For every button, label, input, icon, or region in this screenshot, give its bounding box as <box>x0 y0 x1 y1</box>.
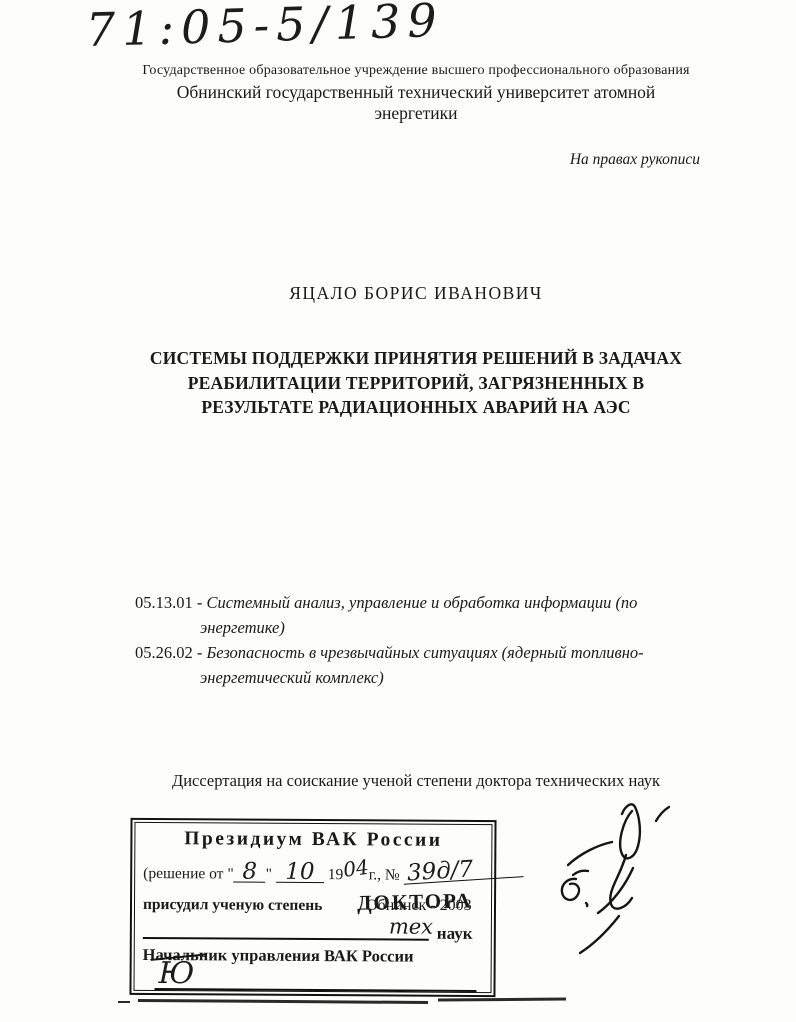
manuscript-rights-note: На правах рукописи <box>570 151 700 169</box>
degree-written: ДОКТОРА <box>357 890 473 912</box>
author-signature-icon <box>540 793 675 963</box>
specialty-separator: - <box>193 643 207 662</box>
institution-block: Государственное образовательное учрежден… <box>44 63 788 124</box>
author-name: ЯЦАЛО БОРИС ИВАНОВИЧ <box>44 283 788 304</box>
decision-quote: " <box>266 866 272 883</box>
scan-artifact-line <box>138 999 428 1004</box>
stamp-signature-row: Ю <box>142 965 482 997</box>
title-line-2: РЕАБИЛИТАЦИИ ТЕРРИТОРИЙ, ЗАГРЯЗНЕННЫХ В <box>44 371 788 396</box>
degree-note: Диссертация на соискание ученой степени … <box>44 771 788 791</box>
specialty-name-cont: энергетике) <box>200 618 285 637</box>
decision-number-handwritten: 39д/7 <box>403 856 524 885</box>
stamp-title: Президиум ВАК России <box>143 827 483 853</box>
degree-text: присудил ученую степень <box>143 896 322 914</box>
decision-prefix: (решение от " <box>143 865 234 883</box>
decision-day-handwritten: 8 <box>234 862 266 883</box>
field-handwritten: тех <box>389 914 433 938</box>
title-line-1: СИСТЕМЫ ПОДДЕРЖКИ ПРИНЯТИЯ РЕШЕНИЙ В ЗАД… <box>44 346 788 371</box>
stamp-field-row: тех наук <box>143 917 483 945</box>
specialty-code: 05.26.02 <box>135 643 193 662</box>
official-signature-handwritten: Ю <box>158 956 194 991</box>
field-blank-line <box>143 937 429 941</box>
scan-artifact-line <box>118 1001 130 1003</box>
dissertation-title-page: 71:05-5/139 Государственное образователь… <box>0 0 796 1022</box>
decision-year-handwritten: 04 <box>342 854 371 883</box>
decision-number-label: г., № <box>369 866 400 883</box>
specialty-name: Безопасность в чрезвычайных ситуациях (я… <box>207 643 644 662</box>
title-line-3: РЕЗУЛЬТАТЕ РАДИАЦИОННЫХ АВАРИЙ НА АЭС <box>44 395 788 420</box>
scan-artifact-line <box>438 997 566 1001</box>
specialty-list: 05.13.01 - Системный анализ, управление … <box>135 590 695 690</box>
stamp-degree-row: присудил ученую степень ДОКТОРА <box>143 895 483 917</box>
specialty-name: Системный анализ, управление и обработка… <box>207 593 638 612</box>
stamp-decision-row: (решение от "8" 10 1904г., № 39д/7 <box>143 858 483 889</box>
signature-blank-line <box>154 988 476 992</box>
specialty-name-cont: энергетический комплекс) <box>200 668 384 687</box>
dissertation-title: СИСТЕМЫ ПОДДЕРЖКИ ПРИНЯТИЯ РЕШЕНИЙ В ЗАД… <box>44 346 788 420</box>
field-label: наук <box>437 924 473 944</box>
vak-stamp-inner-border: Президиум ВАК России (решение от "8" 10 … <box>133 822 492 993</box>
specialty-item-2: 05.26.02 - Безопасность в чрезвычайных с… <box>135 640 695 690</box>
specialty-item-1: 05.13.01 - Системный анализ, управление … <box>135 590 695 640</box>
institution-type-line: Государственное образовательное учрежден… <box>44 63 788 79</box>
institution-name-line2: энергетики <box>44 103 788 124</box>
decision-year-printed: 19 <box>328 866 344 883</box>
catalog-number-handwritten: 71:05-5/139 <box>85 0 444 57</box>
specialty-code: 05.13.01 <box>135 593 193 612</box>
decision-month-handwritten: 10 <box>276 862 324 883</box>
vak-approval-stamp: Президиум ВАК России (решение от "8" 10 … <box>129 818 496 997</box>
specialty-separator: - <box>193 593 207 612</box>
institution-name-line: Обнинский государственный технический ун… <box>44 82 788 103</box>
